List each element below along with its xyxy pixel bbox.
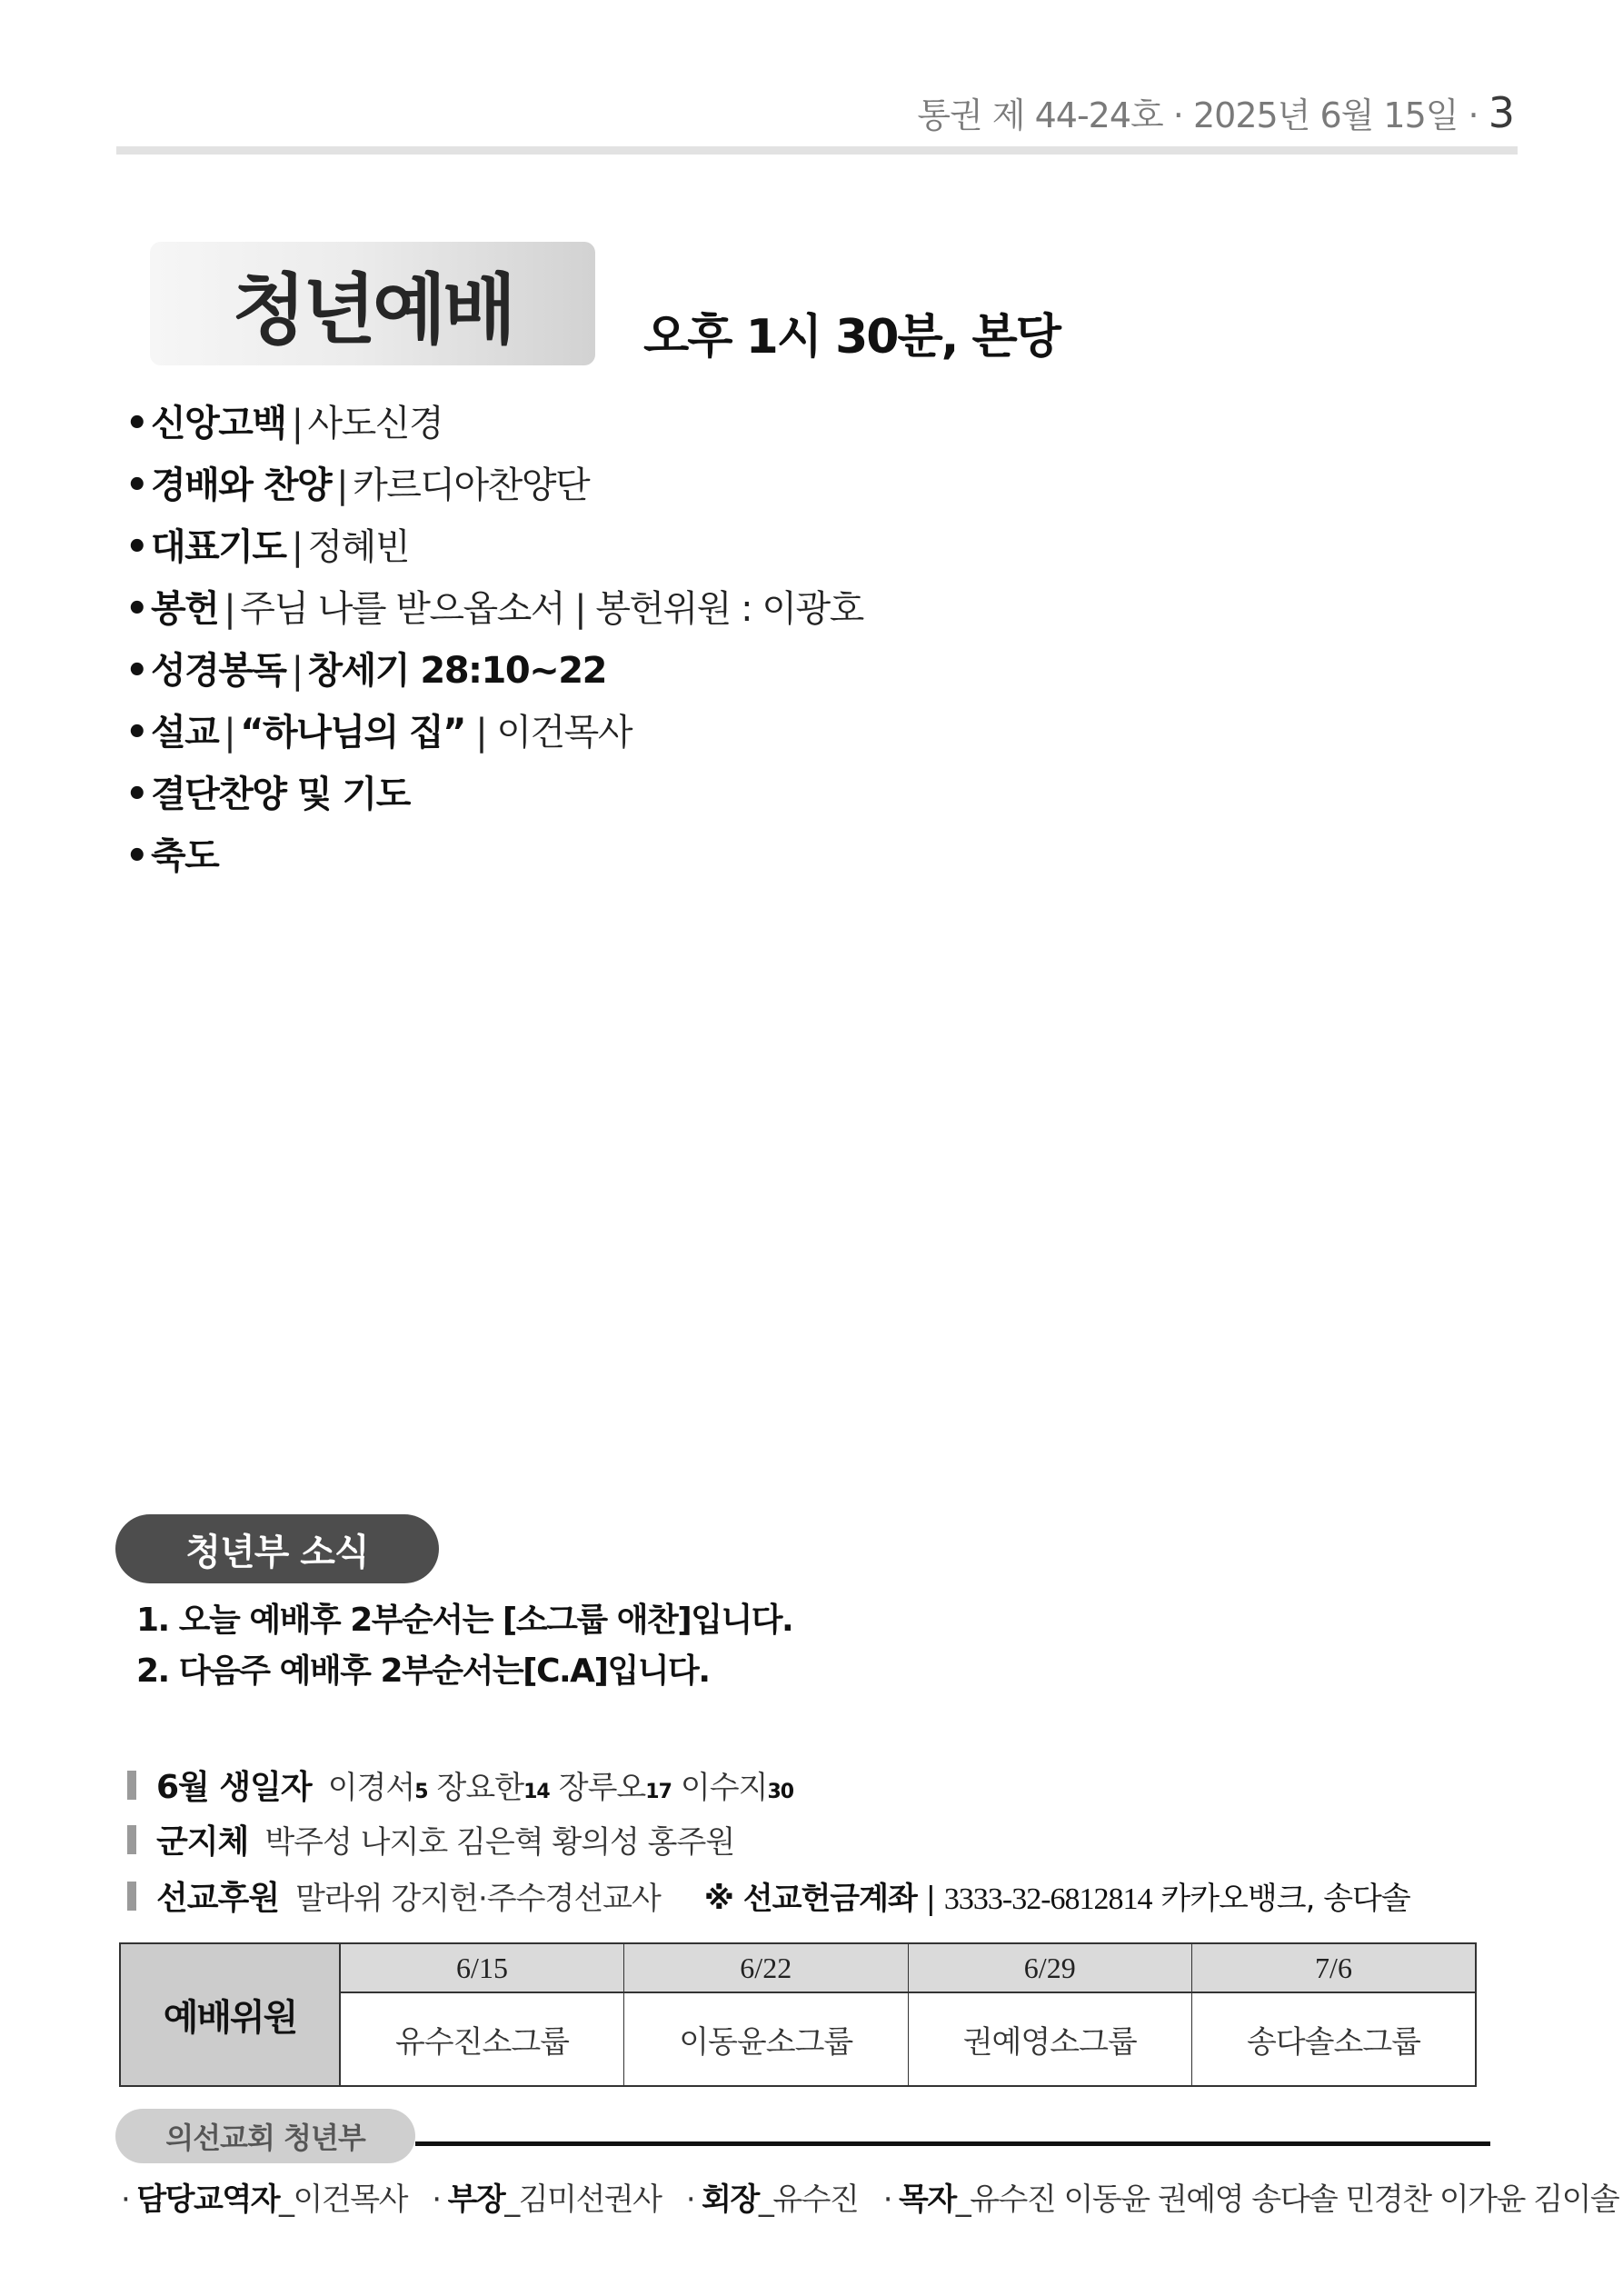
order-label: 결단찬양 및 기도 xyxy=(151,774,410,815)
order-item: •신앙고백|사도신경 xyxy=(125,393,863,454)
birthday-name: 장요한 xyxy=(437,1762,524,1807)
footer-rule xyxy=(415,2141,1490,2146)
duty-date: 6/22 xyxy=(624,1943,909,1992)
military-label: 군지체 xyxy=(156,1816,248,1862)
staff-role: 회장 xyxy=(702,2181,759,2218)
account-number: 3333-32-6812814 xyxy=(944,1882,1152,1916)
news-list: 1. 오늘 예배후 2부순서는 [소그룹 애찬]입니다. 2. 다음주 예배후 … xyxy=(136,1595,792,1697)
footer-staff-list: ·담당교역자_이건목사 ·부장_김미선권사 ·회장_유수진 ·목자_유수진 이동… xyxy=(121,2174,1618,2219)
order-item: •설교|“하나님의 집” | 이건목사 xyxy=(125,702,863,764)
duty-group: 이동윤소그룹 xyxy=(624,1992,909,2086)
order-of-worship: •신앙고백|사도신경 •경배와 찬양|카르디아찬양단 •대표기도|정혜빈 •봉헌… xyxy=(125,393,863,887)
staff-role: 목자 xyxy=(899,2181,956,2218)
bullet-icon: • xyxy=(125,516,151,578)
issue-info: 통권 제 44-24호 · 2025년 6월 15일 · xyxy=(917,95,1488,135)
staff-name: _이건목사 xyxy=(279,2181,407,2218)
bullet-icon: • xyxy=(125,454,151,516)
bar-marker-icon xyxy=(127,1825,136,1854)
staff-role: 담당교역자 xyxy=(136,2181,279,2218)
duty-role-header: 예배위원 xyxy=(120,1943,340,2086)
order-item: •축도 xyxy=(125,825,863,887)
account-label: ※ 선교헌금계좌 xyxy=(704,1881,917,1917)
news-item: 1. 오늘 예배후 2부순서는 [소그룹 애찬]입니다. xyxy=(136,1595,792,1646)
dot-separator: · xyxy=(432,2181,440,2218)
bullet-icon: • xyxy=(125,640,151,702)
order-item: •결단찬양 및 기도 xyxy=(125,764,863,825)
mission-account-note: ※ 선교헌금계좌 | 3333-32-6812814 카카오뱅크, 송다솔 xyxy=(704,1873,1410,1918)
order-label: 봉헌 xyxy=(151,588,218,630)
order-value: 주님 나를 받으옵소서 | 봉헌위원 : 이광호 xyxy=(240,588,862,630)
military-names: 박주성 나지호 김은혁 황의성 홍주원 xyxy=(264,1817,734,1862)
bullet-icon: • xyxy=(125,578,151,640)
separator: | xyxy=(292,403,303,444)
order-label: 신앙고백 xyxy=(151,403,286,444)
staff-role: 부장 xyxy=(448,2181,505,2218)
duty-group: 송다솔소그룹 xyxy=(1192,1992,1477,2086)
duty-date: 6/15 xyxy=(340,1943,624,1992)
staff-name: _유수진 xyxy=(759,2181,859,2218)
separator: | xyxy=(336,464,347,506)
bullet-icon: • xyxy=(125,393,151,454)
birthdays-label: 6월 생일자 xyxy=(156,1762,312,1808)
order-value: 사도신경 xyxy=(308,403,443,444)
order-label: 대표기도 xyxy=(151,526,286,568)
bar-marker-icon xyxy=(127,1882,136,1911)
birthday-day: 17 xyxy=(645,1781,672,1803)
sermon-title: “하나님의 집” xyxy=(240,712,465,754)
order-label: 설교 xyxy=(151,712,218,754)
order-item: •성경봉독|창세기 28:10~22 xyxy=(125,640,863,702)
page-title: 청년예배 xyxy=(233,249,513,359)
bullet-icon: • xyxy=(125,764,151,825)
dot-separator: · xyxy=(686,2181,694,2218)
news-item: 2. 다음주 예배후 2부순서는[C.A]입니다. xyxy=(136,1646,792,1697)
separator: | xyxy=(292,526,303,568)
order-label: 경배와 찬양 xyxy=(151,464,331,506)
page-header: 통권 제 44-24호 · 2025년 6월 15일 · 3 xyxy=(917,87,1514,137)
duty-group: 권예영소그룹 xyxy=(908,1992,1192,2086)
service-time: 오후 1시 30분, 본당 xyxy=(643,298,1060,366)
duty-group: 유수진소그룹 xyxy=(340,1992,624,2086)
page-number: 3 xyxy=(1489,88,1514,137)
footer-org-name: 의선교회 청년부 xyxy=(115,2109,415,2163)
title-box: 청년예배 xyxy=(150,242,595,365)
account-bank: 카카오뱅크, 송다솔 xyxy=(1152,1881,1410,1917)
order-value: 카르디아찬양단 xyxy=(353,464,589,506)
birthdays-row: 6월 생일자 이경서5 장요한14 장루오17 이수지30 xyxy=(127,1762,802,1808)
preacher: | 이건목사 xyxy=(475,712,632,754)
birthday-name: 이수지 xyxy=(681,1762,768,1807)
dot-separator: · xyxy=(121,2181,129,2218)
birthday-day: 5 xyxy=(414,1781,427,1803)
birthday-day: 14 xyxy=(523,1781,550,1803)
bar-marker-icon xyxy=(127,1771,136,1800)
birthday-day: 30 xyxy=(767,1781,793,1803)
dot-separator: · xyxy=(883,2181,891,2218)
order-value: 정혜빈 xyxy=(308,526,409,568)
duty-date: 6/29 xyxy=(908,1943,1192,1992)
order-label: 축도 xyxy=(151,835,218,877)
separator: | xyxy=(292,650,303,692)
mission-row: 선교후원 말라위 강지헌·주수경선교사 ※ 선교헌금계좌 | 3333-32-6… xyxy=(127,1872,1410,1919)
worship-duty-table: 예배위원 6/15 6/22 6/29 7/6 유수진소그룹 이동윤소그룹 권예… xyxy=(119,1942,1477,2087)
separator: | xyxy=(224,588,234,630)
news-section-title: 청년부 소식 xyxy=(115,1514,439,1583)
order-item: •대표기도|정혜빈 xyxy=(125,516,863,578)
order-label: 성경봉독 xyxy=(151,650,286,692)
mission-missionaries: 말라위 강지헌·주수경선교사 xyxy=(295,1873,661,1918)
duty-date: 7/6 xyxy=(1192,1943,1477,1992)
bullet-icon: • xyxy=(125,702,151,764)
staff-name: _김미선권사 xyxy=(504,2181,661,2218)
header-rule xyxy=(116,146,1518,155)
mission-label: 선교후원 xyxy=(156,1872,279,1919)
birthday-name: 이경서 xyxy=(328,1762,415,1807)
birthday-name: 장루오 xyxy=(559,1762,646,1807)
bullet-icon: • xyxy=(125,825,151,887)
order-item: •봉헌|주님 나를 받으옵소서 | 봉헌위원 : 이광호 xyxy=(125,578,863,640)
separator: | xyxy=(224,712,234,754)
order-value: 창세기 28:10~22 xyxy=(308,650,606,692)
staff-name: _유수진 이동윤 권예영 송다솔 민경찬 이가윤 김이솔 xyxy=(956,2181,1619,2218)
account-separator: | xyxy=(917,1881,944,1917)
military-row: 군지체 박주성 나지호 김은혁 황의성 홍주원 xyxy=(127,1816,734,1862)
order-item: •경배와 찬양|카르디아찬양단 xyxy=(125,454,863,516)
